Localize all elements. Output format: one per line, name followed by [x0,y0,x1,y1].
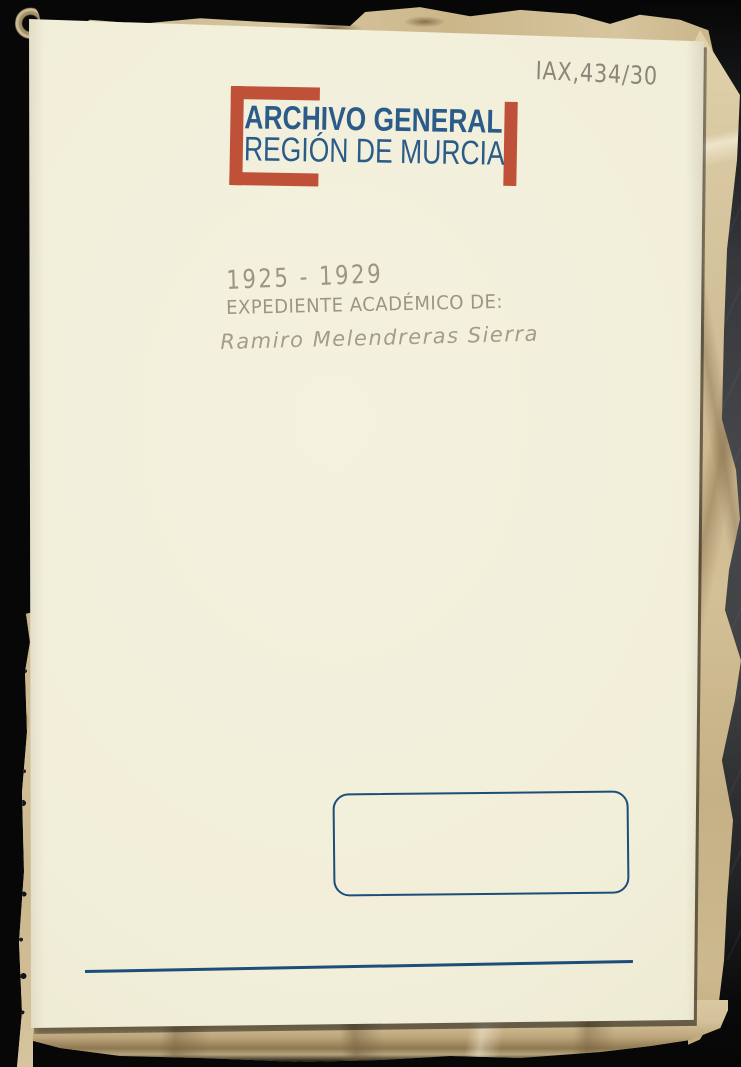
handwritten-reference-code: IAX,434/30 [535,58,658,89]
underlay-newspaper-strip [13,612,33,1067]
stamp-title-line2: REGIÓN DE MURCIA [244,132,505,171]
scanned-document: ARCHIVO GENERAL REGIÓN DE MURCIA IAX,434… [0,0,741,1067]
handwritten-heading: EXPEDIENTE ACADÉMICO DE: [226,293,503,318]
folder-cover: ARCHIVO GENERAL REGIÓN DE MURCIA IAX,434… [28,16,706,1030]
handwritten-name: Ramiro Melendreras Sierra [220,324,539,353]
footer-rule [85,960,633,973]
archive-stamp: ARCHIVO GENERAL REGIÓN DE MURCIA [229,86,531,195]
stamp-bar-right [503,102,517,186]
handwritten-date-range: 1925 - 1929 [226,261,383,294]
catalog-label-box [332,790,629,896]
